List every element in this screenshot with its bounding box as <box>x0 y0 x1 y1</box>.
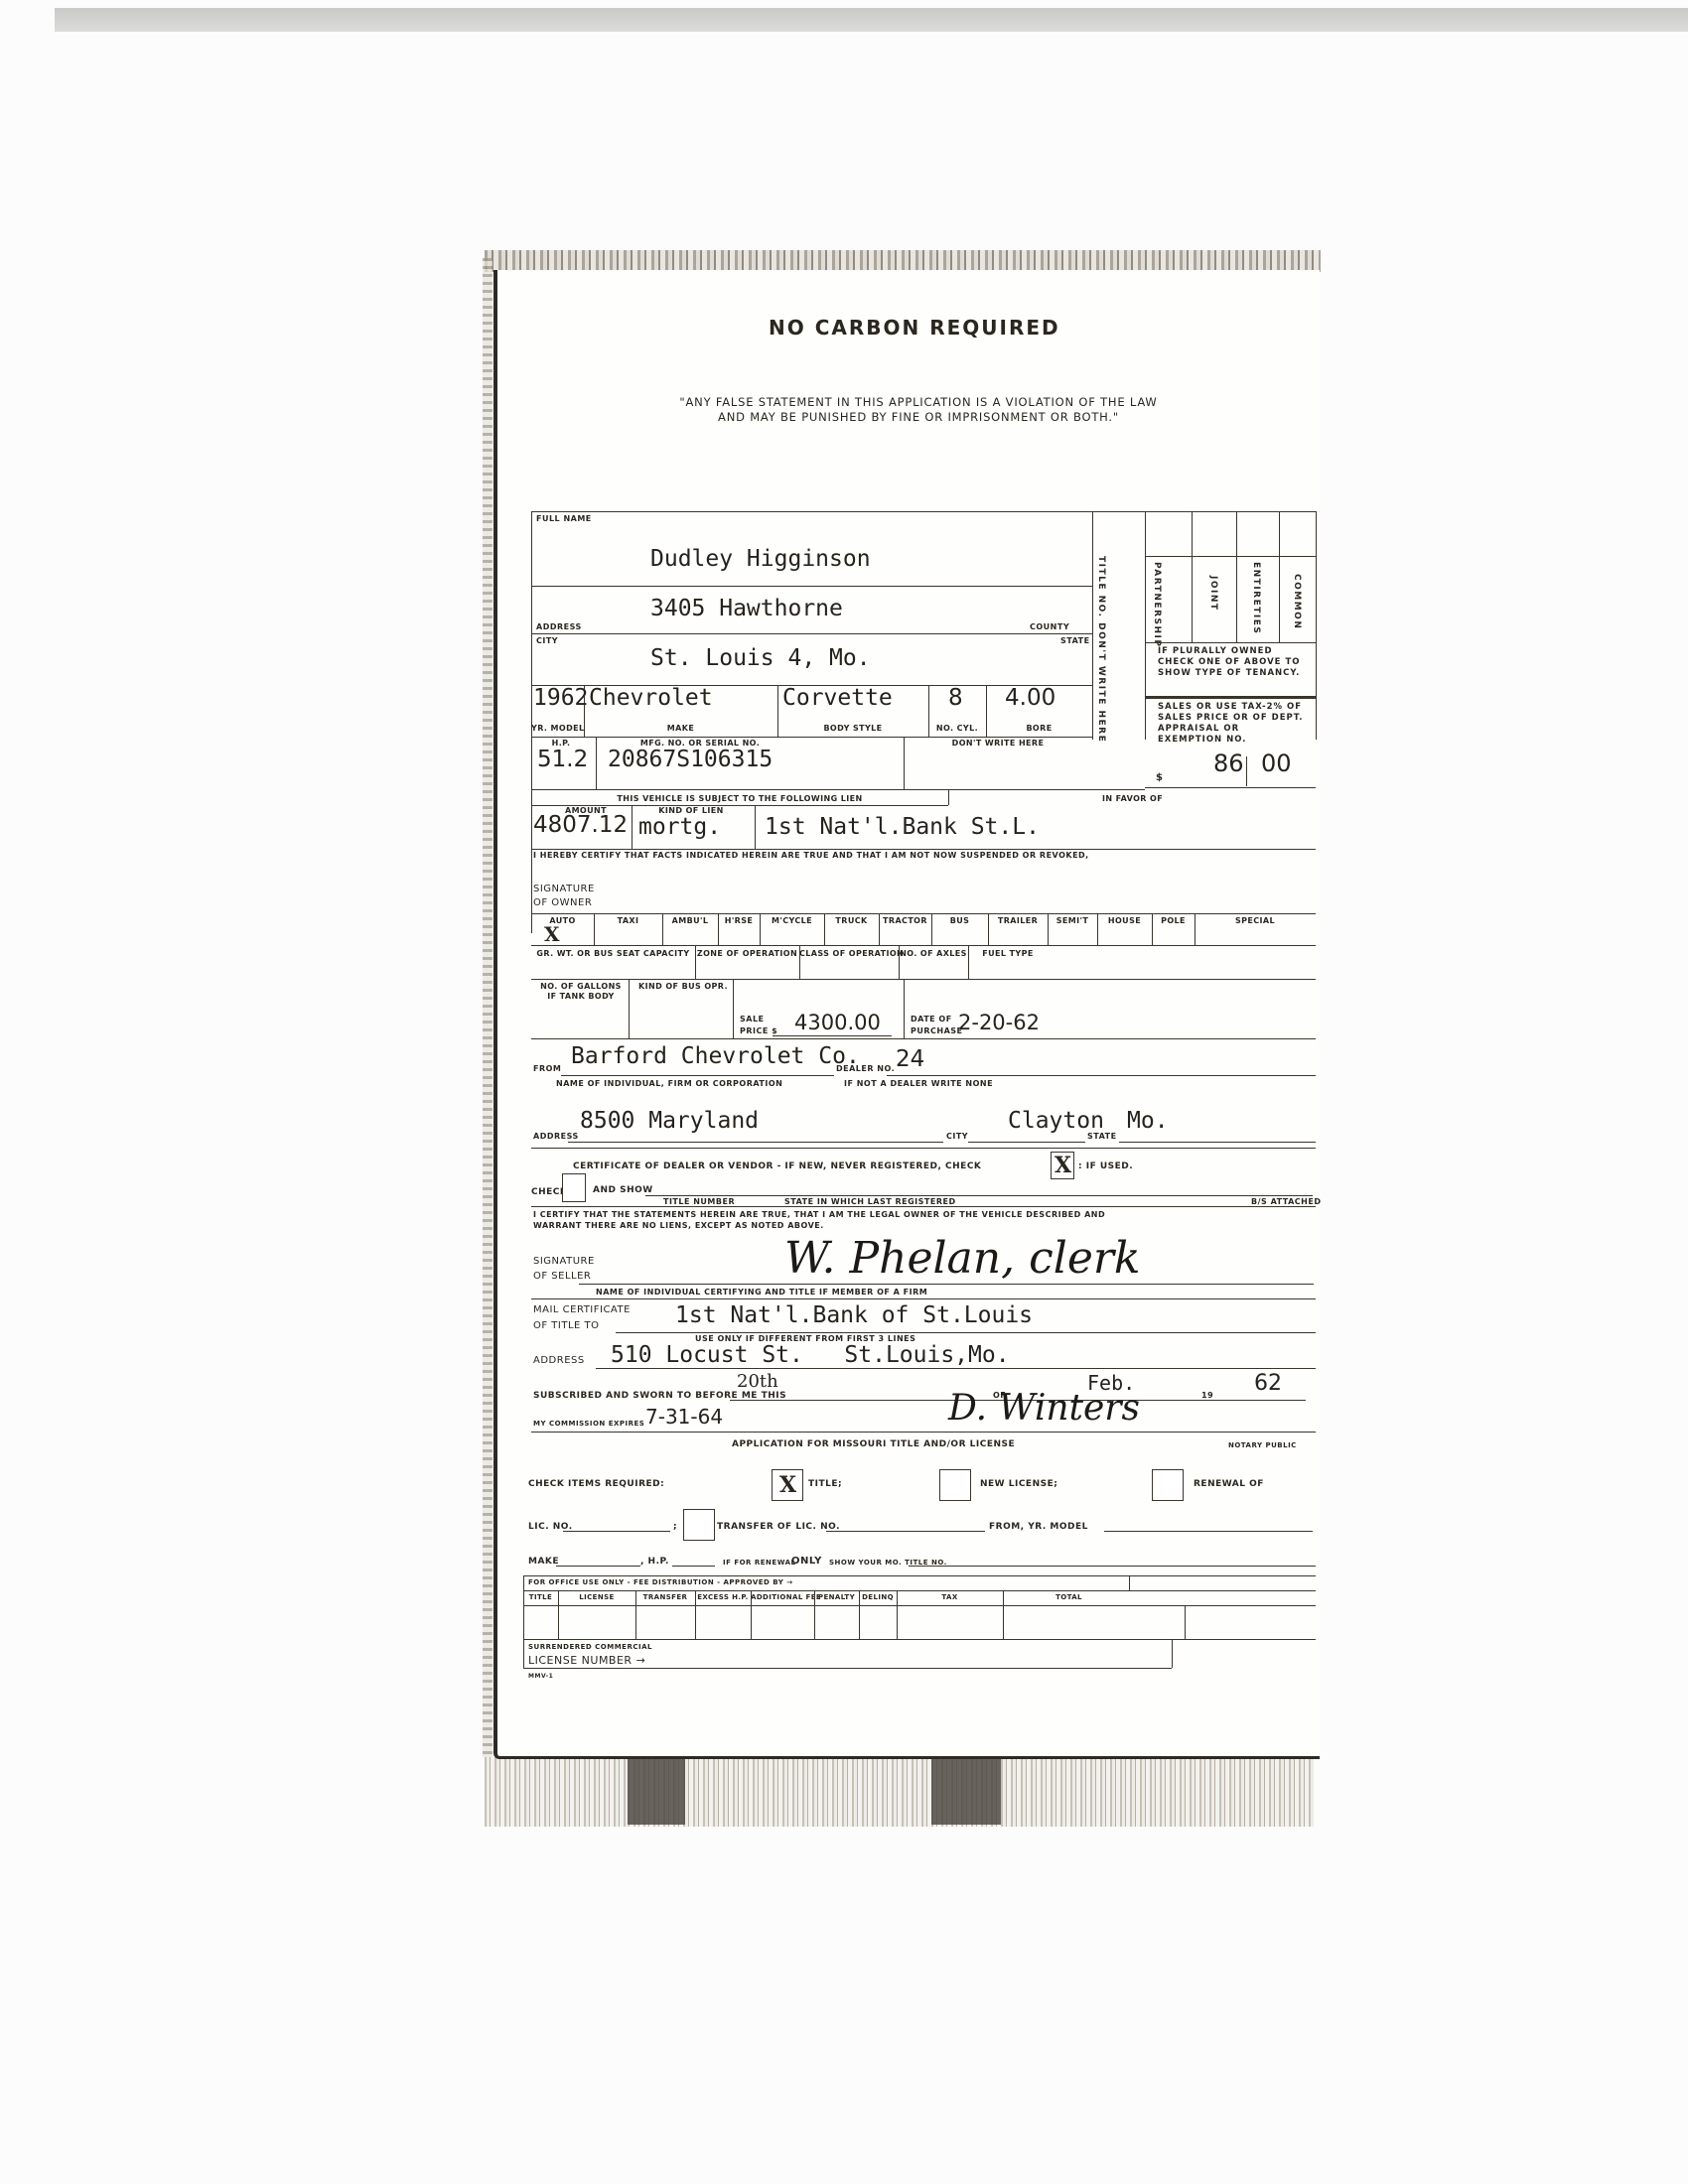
rule <box>645 1195 1313 1196</box>
rule <box>718 913 719 945</box>
rule <box>1195 913 1196 945</box>
notary-public-label: NOTARY PUBLIC <box>1228 1441 1297 1449</box>
rule <box>523 1639 1316 1640</box>
sworn-year-value: 62 <box>1254 1371 1282 1396</box>
serial-value: 20867S106315 <box>608 747 773 772</box>
mail-to-value: 1st Nat'l.Bank of St.Louis <box>675 1302 1033 1328</box>
sale-price-value: 4300.00 <box>794 1011 881 1034</box>
state-registered-caption: STATE IN WHICH LAST REGISTERED <box>784 1197 956 1206</box>
title-application-form <box>493 270 1320 1759</box>
rule <box>523 1575 524 1668</box>
rule <box>1246 756 1247 786</box>
rule <box>859 1590 860 1639</box>
form-header-title: NO CARBON REQUIRED <box>769 316 1060 340</box>
purchase-date-label-1: DATE OF <box>911 1015 952 1024</box>
scanner-edge-bar <box>55 8 1688 32</box>
rule <box>1279 511 1280 642</box>
address-label: ADDRESS <box>536 622 582 631</box>
mail-cert-label-2: OF TITLE TO <box>533 1320 600 1331</box>
bs-attached-caption: B/S ATTACHED <box>1251 1197 1321 1206</box>
seller-signature-caption: NAME OF INDIVIDUAL CERTIFYING AND TITLE … <box>596 1288 927 1297</box>
rule <box>531 586 1092 587</box>
rule <box>1145 696 1316 699</box>
office-use-header: FOR OFFICE USE ONLY - FEE DISTRIBUTION -… <box>528 1578 793 1586</box>
in-favor-of-label: IN FAVOR OF <box>1102 794 1163 803</box>
rule <box>1003 1590 1004 1639</box>
license-number-label: LICENSE NUMBER → <box>528 1654 645 1667</box>
body-style-label: BODY STYLE <box>777 724 928 733</box>
rule <box>531 511 532 933</box>
sale-price-label-1: SALE <box>740 1015 765 1024</box>
rule <box>879 913 880 945</box>
surrendered-label: SURRENDERED COMMERCIAL <box>528 1643 652 1651</box>
title-no-dont-write-label: TITLE NO. DON'T WRITE HERE <box>1096 556 1106 743</box>
tenancy-note: IF PLURALLY OWNED CHECK ONE OF ABOVE TO … <box>1158 646 1307 679</box>
rule <box>531 1432 1316 1433</box>
rule <box>1152 913 1153 945</box>
rule <box>531 1298 1316 1299</box>
rule <box>1092 511 1093 740</box>
dealer-caption: IF NOT A DEALER WRITE NONE <box>844 1079 993 1088</box>
seller-state-label: STATE <box>1087 1132 1117 1141</box>
title-checkbox[interactable]: X <box>772 1469 803 1501</box>
rule <box>531 1206 1316 1207</box>
fee-column-excesshp: EXCESS H.P. <box>695 1593 751 1601</box>
vehicle-type-mcycle[interactable]: M'CYCLE <box>760 916 824 925</box>
rule <box>824 913 825 945</box>
year-prefix: 19 <box>1201 1391 1213 1400</box>
rule <box>531 1038 1316 1039</box>
new-license-option-label: NEW LICENSE; <box>980 1479 1057 1489</box>
rule <box>1172 1639 1173 1668</box>
dealer-cert-text: CERTIFICATE OF DEALER OR VENDOR - IF NEW… <box>573 1161 981 1171</box>
tax-dollars: 86 <box>1213 750 1244 777</box>
fee-column-transfer: TRANSFER <box>635 1593 695 1601</box>
rule <box>579 1284 1314 1285</box>
rule <box>733 979 734 1038</box>
scan-noise-left <box>483 258 492 1757</box>
rule <box>662 913 663 945</box>
rule <box>760 913 761 945</box>
vehicle-type-ambul[interactable]: AMBU'L <box>662 916 718 925</box>
checkbox-x-mark: X <box>779 1472 796 1498</box>
sale-price-label-2: PRICE $ <box>740 1026 777 1035</box>
from-yr-model-label: FROM, YR. MODEL <box>989 1522 1088 1532</box>
state-label: STATE <box>1060 636 1090 645</box>
commission-label: MY COMMISSION EXPIRES <box>533 1420 644 1428</box>
title-number-caption: TITLE NUMBER <box>663 1197 735 1206</box>
vehicle-type-tractor[interactable]: TRACTOR <box>879 916 931 925</box>
fee-column-title: TITLE <box>523 1593 558 1601</box>
rule <box>1192 511 1193 642</box>
and-show-label: AND SHOW <box>593 1185 653 1195</box>
rule <box>1097 913 1098 945</box>
zone-label: ZONE OF OPERATION <box>695 949 799 958</box>
rule <box>1236 511 1237 642</box>
full-name-label: FULL NAME <box>536 514 592 523</box>
vehicle-type-house[interactable]: HOUSE <box>1097 916 1152 925</box>
new-license-checkbox[interactable] <box>939 1469 971 1501</box>
renewal-checkbox[interactable] <box>1152 1469 1184 1501</box>
transfer-label: TRANSFER OF LIC. NO. <box>717 1522 840 1532</box>
rule <box>1185 1605 1186 1639</box>
rule <box>556 1566 640 1567</box>
application-title: APPLICATION FOR MISSOURI TITLE AND/OR LI… <box>732 1439 1015 1449</box>
fee-column-delinq: DELINQ <box>859 1593 897 1601</box>
rule <box>1119 1142 1316 1143</box>
body-style-value: Corvette <box>782 685 893 711</box>
scan-noise-top <box>485 250 1321 272</box>
seller-signature[interactable]: W. Phelan, clerk <box>784 1233 1141 1284</box>
vehicle-type-hrse[interactable]: H'RSE <box>718 916 760 925</box>
rule <box>1145 556 1316 557</box>
rule <box>531 789 1145 790</box>
rule <box>561 1075 834 1076</box>
rule <box>1145 787 1316 788</box>
warning-line-2: AND MAY BE PUNISHED BY FINE OR IMPRISONM… <box>556 410 1281 425</box>
rule <box>931 913 932 945</box>
purchase-date-value: 2-20-62 <box>958 1011 1040 1034</box>
dont-write-label: DON'T WRITE HERE <box>904 739 1092 748</box>
vehicle-type-auto[interactable]: AUTO <box>531 916 594 925</box>
gallons-label-2: IF TANK BODY <box>531 992 631 1001</box>
rule <box>563 1531 670 1532</box>
rule <box>531 979 1316 980</box>
city-label: CITY <box>536 636 558 645</box>
purchase-date-label-2: PURCHASE <box>911 1026 963 1035</box>
new-vehicle-checkbox[interactable]: X <box>1051 1152 1074 1179</box>
rule <box>531 913 1316 914</box>
sworn-day-value: 20th <box>737 1371 778 1392</box>
seller-signature-label-1: SIGNATURE <box>533 1256 595 1267</box>
title-option-label: TITLE; <box>808 1479 842 1489</box>
rule <box>887 1075 1316 1076</box>
rule <box>773 1035 892 1036</box>
scan-noise-bottom <box>485 1757 1314 1827</box>
renewal-option-label: RENEWAL OF <box>1194 1479 1264 1489</box>
cylinders-value: 8 <box>948 685 963 711</box>
rule <box>531 1148 1316 1149</box>
rule <box>531 849 1316 850</box>
vehicle-type-bus[interactable]: BUS <box>931 916 988 925</box>
if-used-label: : IF USED. <box>1078 1161 1133 1171</box>
year-model-value: 1962 <box>533 685 588 711</box>
rule <box>635 1590 636 1639</box>
rule <box>751 1590 752 1639</box>
rule <box>968 1142 1085 1143</box>
vehicle-type-trailer[interactable]: TRAILER <box>988 916 1048 925</box>
fee-column-penalty: PENALTY <box>814 1593 859 1601</box>
rule <box>531 945 1316 946</box>
sales-tax-label: SALES OR USE TAX-2% OF SALES PRICE OR OF… <box>1158 702 1307 746</box>
seller-cert-line-2: WARRANT THERE ARE NO LIENS, EXCEPT AS NO… <box>533 1221 824 1230</box>
rule <box>531 511 1316 512</box>
fuel-label: FUEL TYPE <box>968 949 1048 958</box>
mail-cert-label-1: MAIL CERTIFICATE <box>533 1304 631 1315</box>
tax-cents: 00 <box>1261 750 1292 777</box>
full-name-value: Dudley Higginson <box>650 546 871 572</box>
tax-currency: $ <box>1156 772 1163 783</box>
transfer-checkbox[interactable] <box>683 1509 715 1541</box>
tenancy-joint[interactable]: JOINT <box>1208 576 1218 612</box>
rule <box>1316 511 1317 740</box>
dealer-no-label: DEALER NO. <box>836 1064 895 1073</box>
mail-address-label: ADDRESS <box>533 1355 585 1366</box>
rule <box>1104 1531 1313 1532</box>
rule <box>826 1531 985 1532</box>
owner-signature-label-2: OF OWNER <box>533 897 592 908</box>
seller-name-value: Barford Chevrolet Co. <box>571 1043 860 1069</box>
rule <box>523 1590 1316 1591</box>
bore-value: 4.00 <box>1005 685 1055 711</box>
rule <box>594 913 595 945</box>
make-value: Chevrolet <box>589 685 713 711</box>
renewal-only-label-2: ONLY <box>791 1556 822 1567</box>
tenancy-partnership[interactable]: PARTNERSHIP <box>1152 562 1162 647</box>
rule <box>904 979 905 1038</box>
scan-noise-block <box>628 1759 685 1825</box>
vehicle-type-semit[interactable]: SEMI'T <box>1048 916 1097 925</box>
rule <box>695 1590 696 1639</box>
owner-signature-label-1: SIGNATURE <box>533 884 595 894</box>
seller-signature-label-2: OF SELLER <box>533 1271 591 1282</box>
axles-label: NO. OF AXLES <box>899 949 968 958</box>
rule <box>531 633 1092 634</box>
seller-city-label: CITY <box>946 1132 968 1141</box>
lien-kind-value: mortg. <box>638 814 721 840</box>
notary-signature[interactable]: D. Winters <box>948 1388 1140 1429</box>
false-statement-warning: "ANY FALSE STATEMENT IN THIS APPLICATION… <box>556 395 1281 425</box>
gross-weight-label: GR. WT. OR BUS SEAT CAPACITY <box>531 949 695 958</box>
rule <box>897 1590 898 1639</box>
address-value: 3405 Hawthorne <box>650 596 843 621</box>
dealer-no-value: 24 <box>896 1046 924 1072</box>
auto-type-x-mark: X <box>544 922 560 946</box>
rule <box>988 913 989 945</box>
rule <box>1048 913 1049 945</box>
vehicle-type-pole[interactable]: POLE <box>1152 916 1195 925</box>
city-state-value: St. Louis 4, Mo. <box>650 645 871 671</box>
tenancy-common[interactable]: COMMON <box>1292 574 1302 629</box>
fee-column-tax: TAX <box>897 1593 1003 1601</box>
make-label: MAKE <box>584 724 777 733</box>
rule <box>672 1566 715 1567</box>
bus-opr-label: KIND OF BUS OPR. <box>629 982 738 991</box>
lien-header: THIS VEHICLE IS SUBJECT TO THE FOLLOWING… <box>531 794 948 803</box>
seller-name-caption: NAME OF INDIVIDUAL, FIRM OR CORPORATION <box>556 1079 782 1088</box>
fee-column-license: LICENSE <box>558 1593 635 1601</box>
seller-address-value: 8500 Maryland <box>580 1108 759 1134</box>
fee-column-total: TOTAL <box>1003 1593 1135 1601</box>
rule <box>531 737 1092 738</box>
rule <box>1145 642 1316 643</box>
rule <box>1145 511 1146 740</box>
rule <box>909 1566 1316 1567</box>
hp-value: 51.2 <box>537 747 588 772</box>
rule <box>1129 1575 1130 1590</box>
owner-signature-field[interactable] <box>596 876 1311 909</box>
rule <box>558 1590 559 1639</box>
rule <box>523 1575 1316 1576</box>
rule <box>755 805 756 850</box>
check-items-label: CHECK ITEMS REQUIRED: <box>528 1479 664 1489</box>
seller-state-value: Mo. <box>1127 1108 1169 1134</box>
rule <box>814 1590 815 1639</box>
from-label: FROM <box>533 1064 561 1073</box>
rule <box>568 1142 943 1143</box>
lien-holder-value: 1st Nat'l.Bank St.L. <box>765 814 1040 840</box>
bore-label: BORE <box>986 724 1092 733</box>
make-renewal-label: MAKE <box>528 1557 559 1567</box>
vehicle-type-taxi[interactable]: TAXI <box>594 916 662 925</box>
cylinders-label: NO. CYL. <box>928 724 986 733</box>
fee-column-additionalfee: ADDITIONAL FEE <box>751 1593 814 1601</box>
tenancy-entireties[interactable]: ENTIRETIES <box>1251 562 1261 634</box>
vehicle-type-special[interactable]: SPECIAL <box>1195 916 1316 925</box>
warning-line-1: "ANY FALSE STATEMENT IN THIS APPLICATION… <box>556 395 1281 410</box>
rule <box>948 789 949 805</box>
used-vehicle-checkbox[interactable] <box>562 1173 586 1202</box>
checkbox-x-mark: X <box>1055 1153 1071 1178</box>
seller-address-label: ADDRESS <box>533 1132 579 1141</box>
county-label: COUNTY <box>1030 622 1069 631</box>
scan-noise-block <box>931 1759 1001 1825</box>
seller-cert-line-1: I CERTIFY THAT THE STATEMENTS HEREIN ARE… <box>533 1210 1105 1219</box>
vehicle-type-truck[interactable]: TRUCK <box>824 916 879 925</box>
year-model-label: YR. MODEL <box>531 724 584 733</box>
hp-renewal-label: , H.P. <box>640 1557 669 1567</box>
mail-address-value: 510 Locust St. St.Louis,Mo. <box>611 1342 1010 1368</box>
gallons-label-1: NO. OF GALLONS <box>531 982 631 991</box>
commission-expires-value: 7-31-64 <box>645 1405 723 1429</box>
rule <box>596 1368 1316 1369</box>
renewal-only-label-1: IF FOR RENEWAL <box>723 1559 795 1567</box>
form-code: MMV-1 <box>528 1673 553 1680</box>
rule <box>616 1332 1316 1333</box>
owner-certification-text: I HEREBY CERTIFY THAT FACTS INDICATED HE… <box>533 851 1089 860</box>
rule <box>523 1605 1316 1606</box>
class-label: CLASS OF OPERATION <box>799 949 899 958</box>
seller-city-value: Clayton <box>1008 1108 1104 1134</box>
rule <box>523 1668 1172 1669</box>
lic-no-separator: ; <box>673 1522 677 1532</box>
lien-amount-value: 4807.12 <box>533 812 628 838</box>
